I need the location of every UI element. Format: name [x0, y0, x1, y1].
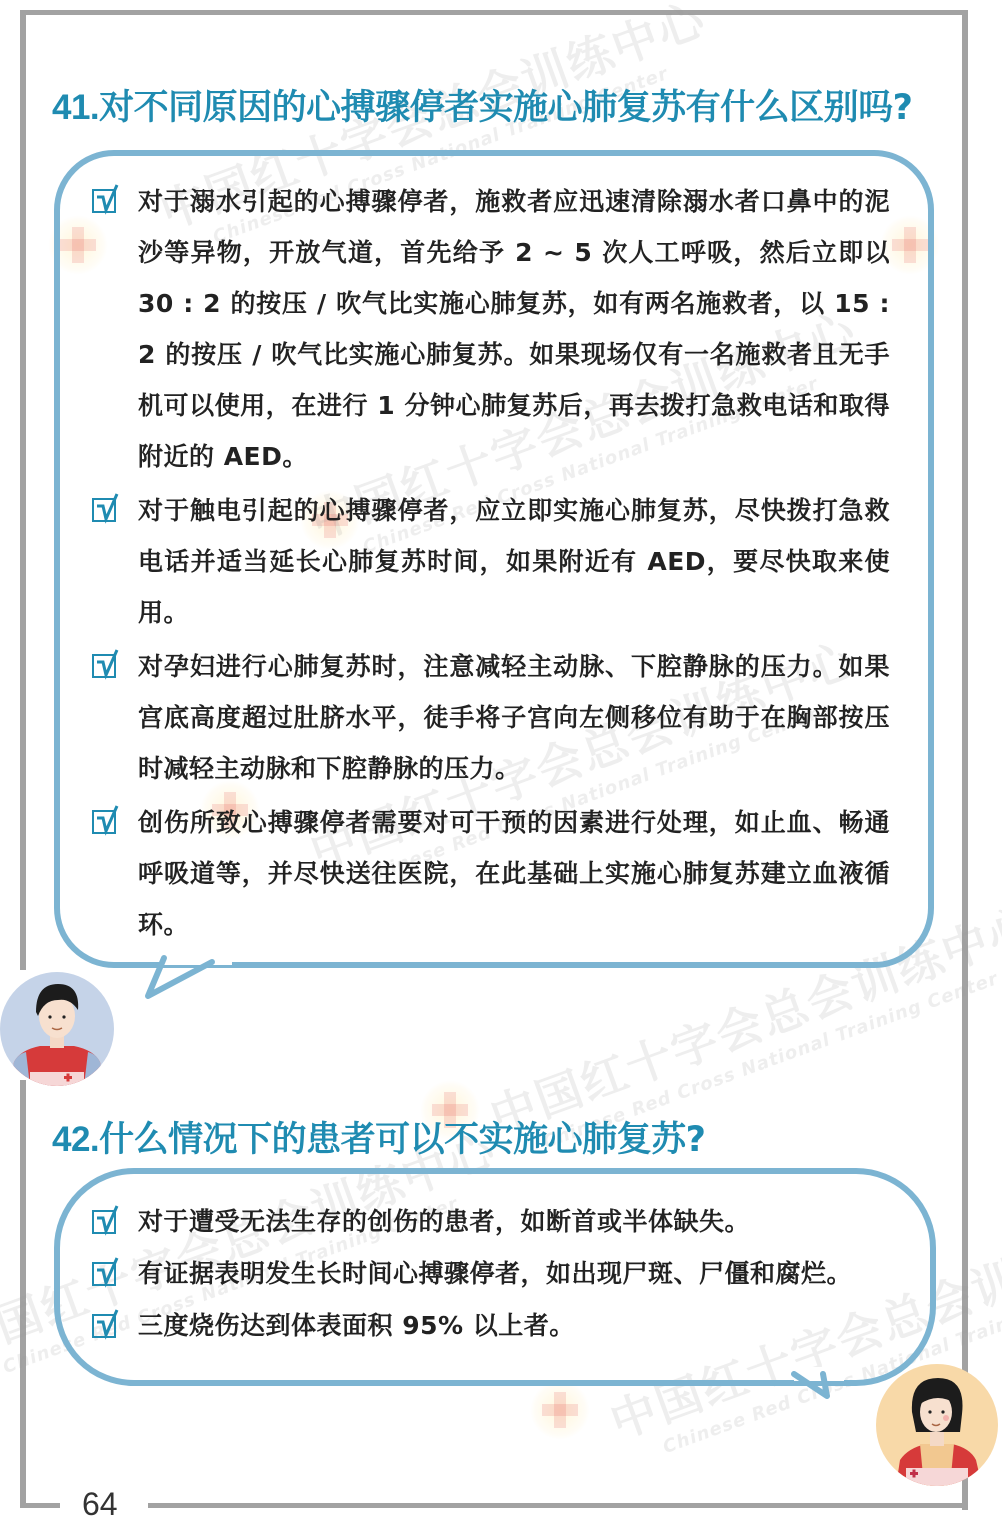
item-text: 对孕妇进行心肺复苏时，注意减轻主动脉、下腔静脉的压力。如果宫底高度超过肚脐水平，… — [138, 641, 890, 794]
checked-box-icon — [92, 498, 116, 522]
question-text: 对不同原因的心搏骤停者实施心肺复苏有什么区别吗? — [99, 88, 912, 128]
checked-box-icon — [92, 1262, 116, 1286]
item-text: 对于触电引起的心搏骤停者，应立即实施心肺复苏，尽快拨打急救电话并适当延长心肺复苏… — [138, 485, 890, 638]
list-item: 对于溺水引起的心搏骤停者，施救者应迅速清除溺水者口鼻中的泥沙等异物，开放气道，首… — [92, 176, 890, 482]
page-frame-right — [962, 10, 968, 1510]
question-42-title: 42.什么情况下的患者可以不实施心肺复苏? — [52, 1112, 705, 1162]
bubble-tail — [780, 1364, 880, 1424]
bubble-tail — [120, 950, 240, 1010]
list-item: 有证据表明发生长时间心搏骤停者，如出现尸斑、尸僵和腐烂。 — [92, 1248, 852, 1300]
volunteer-female-avatar — [876, 1364, 998, 1486]
item-text: 对于溺水引起的心搏骤停者，施救者应迅速清除溺水者口鼻中的泥沙等异物，开放气道，首… — [138, 176, 890, 482]
checked-box-icon — [92, 1314, 116, 1338]
question-number: 41. — [52, 88, 99, 127]
item-text: 创伤所致心搏骤停者需要对可干预的因素进行处理，如止血、畅通呼吸道等，并尽快送往医… — [138, 797, 890, 950]
item-text: 三度烧伤达到体表面积 95% 以上者。 — [138, 1300, 575, 1352]
list-item: 对于遭受无法生存的创伤的患者，如断首或半体缺失。 — [92, 1196, 852, 1248]
page-frame-top — [22, 10, 968, 15]
question-number: 42. — [52, 1120, 99, 1159]
checked-box-icon — [92, 189, 116, 213]
page-number: 64 — [82, 1486, 118, 1523]
item-text: 有证据表明发生长时间心搏骤停者，如出现尸斑、尸僵和腐烂。 — [138, 1248, 852, 1300]
question-text: 什么情况下的患者可以不实施心肺复苏? — [99, 1120, 705, 1160]
list-item: 三度烧伤达到体表面积 95% 以上者。 — [92, 1300, 852, 1352]
item-text: 对于遭受无法生存的创伤的患者，如断首或半体缺失。 — [138, 1196, 750, 1248]
list-item: 对于触电引起的心搏骤停者，应立即实施心肺复苏，尽快拨打急救电话并适当延长心肺复苏… — [92, 485, 890, 638]
list-item: 对孕妇进行心肺复苏时，注意减轻主动脉、下腔静脉的压力。如果宫底高度超过肚脐水平，… — [92, 641, 890, 794]
page-frame-left-upper — [20, 10, 26, 970]
checked-box-icon — [92, 654, 116, 678]
page-frame-bottom-right — [148, 1503, 968, 1508]
page-frame-left-lower — [20, 1080, 26, 1508]
volunteer-male-avatar — [0, 972, 114, 1086]
checked-box-icon — [92, 1210, 116, 1234]
list-item: 创伤所致心搏骤停者需要对可干预的因素进行处理，如止血、畅通呼吸道等，并尽快送往医… — [92, 797, 890, 950]
answer-list-41: 对于溺水引起的心搏骤停者，施救者应迅速清除溺水者口鼻中的泥沙等异物，开放气道，首… — [92, 176, 890, 953]
question-41-title: 41.对不同原因的心搏骤停者实施心肺复苏有什么区别吗? — [52, 80, 912, 130]
watermark-cross-icon — [530, 1380, 590, 1440]
page-frame-bottom-left — [20, 1503, 60, 1508]
answer-list-42: 对于遭受无法生存的创伤的患者，如断首或半体缺失。 有证据表明发生长时间心搏骤停者… — [92, 1196, 852, 1352]
checked-box-icon — [92, 810, 116, 834]
